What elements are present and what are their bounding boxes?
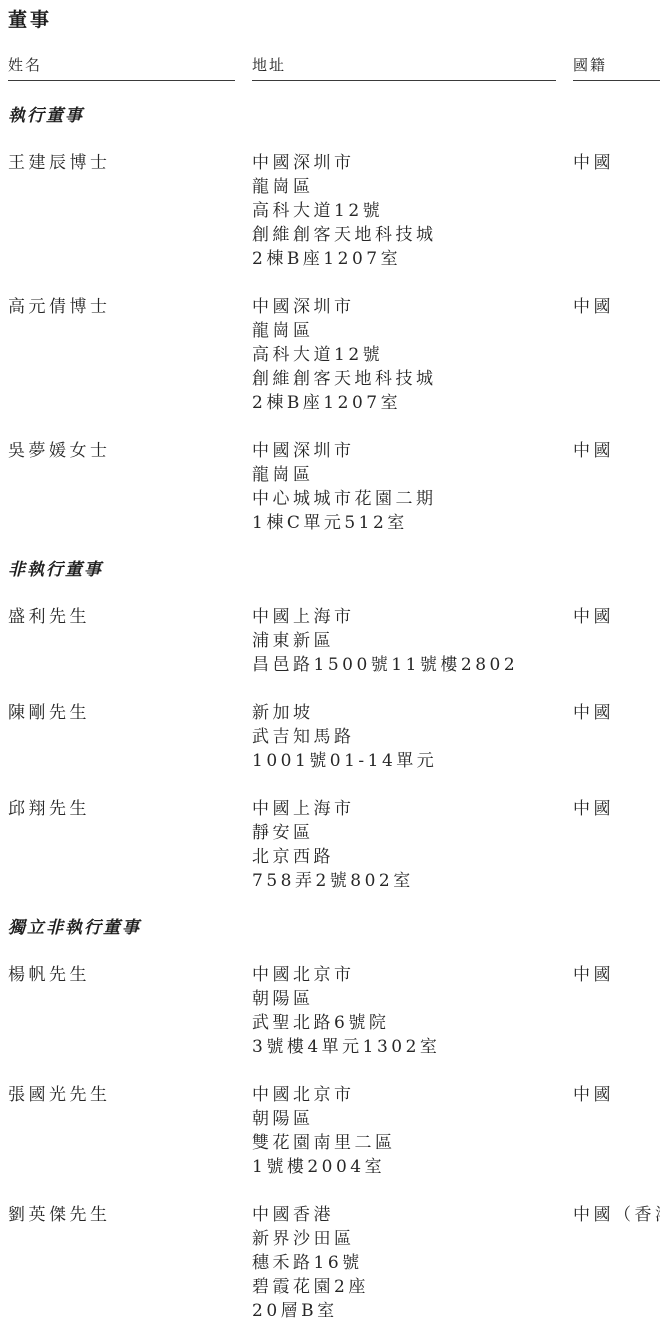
nationality-cell: 中國 bbox=[573, 701, 660, 773]
table-row: 張國光先生 中國北京市 朝陽區 雙花園南里二區 1號樓2004室 中國 bbox=[8, 1083, 660, 1179]
address-line: 龍崗區 bbox=[252, 463, 573, 487]
address-line: 2棟B座1207室 bbox=[252, 391, 573, 415]
address-line: 758弄2號802室 bbox=[252, 869, 573, 893]
address-line: 穗禾路16號 bbox=[252, 1251, 573, 1275]
address-line: 高科大道12號 bbox=[252, 199, 573, 223]
nationality-cell: 中國 bbox=[573, 295, 660, 415]
address-line: 中國上海市 bbox=[252, 605, 573, 629]
table-row: 高元倩博士 中國深圳市 龍崗區 高科大道12號 創維創客天地科技城 2棟B座12… bbox=[8, 295, 660, 415]
name-cell: 楊帆先生 bbox=[8, 963, 252, 1059]
address-line: 龍崗區 bbox=[252, 175, 573, 199]
column-header-nationality: 國籍 bbox=[573, 56, 660, 81]
address-cell: 中國深圳市 龍崗區 高科大道12號 創維創客天地科技城 2棟B座1207室 bbox=[252, 151, 573, 271]
address-line: 中心城城市花園二期 bbox=[252, 487, 573, 511]
nationality-cell: 中國 bbox=[573, 605, 660, 677]
address-cell: 中國上海市 浦東新區 昌邑路1500號11號樓2802 bbox=[252, 605, 573, 677]
address-cell: 中國北京市 朝陽區 雙花園南里二區 1號樓2004室 bbox=[252, 1083, 573, 1179]
nationality-cell: 中國（香港 bbox=[573, 1203, 660, 1323]
address-line: 武聖北路6號院 bbox=[252, 1011, 573, 1035]
name-cell: 陳剛先生 bbox=[8, 701, 252, 773]
name-cell: 吳夢媛女士 bbox=[8, 439, 252, 535]
directors-page: { "page": { "title": "董事", "columns": { … bbox=[0, 0, 660, 1327]
address-line: 新界沙田區 bbox=[252, 1227, 573, 1251]
address-cell: 新加坡 武吉知馬路 1001號01-14單元 bbox=[252, 701, 573, 773]
address-line: 1棟C單元512室 bbox=[252, 511, 573, 535]
column-header-address: 地址 bbox=[252, 56, 556, 81]
address-cell: 中國上海市 靜安區 北京西路 758弄2號802室 bbox=[252, 797, 573, 893]
address-cell: 中國深圳市 龍崗區 中心城城市花園二期 1棟C單元512室 bbox=[252, 439, 573, 535]
address-cell: 中國香港 新界沙田區 穗禾路16號 碧霞花園2座 20層B室 bbox=[252, 1203, 573, 1323]
nationality-cell: 中國 bbox=[573, 797, 660, 893]
address-line: 1001號01-14單元 bbox=[252, 749, 573, 773]
name-cell: 盛利先生 bbox=[8, 605, 252, 677]
table-row: 王建辰博士 中國深圳市 龍崗區 高科大道12號 創維創客天地科技城 2棟B座12… bbox=[8, 151, 660, 271]
nationality-cell: 中國 bbox=[573, 439, 660, 535]
address-cell: 中國北京市 朝陽區 武聖北路6號院 3號樓4單元1302室 bbox=[252, 963, 573, 1059]
address-line: 靜安區 bbox=[252, 821, 573, 845]
table-row: 楊帆先生 中國北京市 朝陽區 武聖北路6號院 3號樓4單元1302室 中國 bbox=[8, 963, 660, 1059]
section-heading: 獨立非執行董事 bbox=[8, 917, 660, 939]
address-line: 朝陽區 bbox=[252, 1107, 573, 1131]
table-row: 陳剛先生 新加坡 武吉知馬路 1001號01-14單元 中國 bbox=[8, 701, 660, 773]
address-line: 中國北京市 bbox=[252, 963, 573, 987]
section-heading: 執行董事 bbox=[8, 105, 660, 127]
address-line: 中國深圳市 bbox=[252, 439, 573, 463]
address-line: 創維創客天地科技城 bbox=[252, 367, 573, 391]
page-title: 董事 bbox=[8, 8, 660, 32]
address-line: 高科大道12號 bbox=[252, 343, 573, 367]
nationality-cell: 中國 bbox=[573, 151, 660, 271]
name-cell: 邱翔先生 bbox=[8, 797, 252, 893]
address-line: 中國深圳市 bbox=[252, 295, 573, 319]
section-independent-non-executive-directors: 獨立非執行董事 楊帆先生 中國北京市 朝陽區 武聖北路6號院 3號樓4單元130… bbox=[8, 917, 660, 1323]
name-cell: 高元倩博士 bbox=[8, 295, 252, 415]
table-row: 邱翔先生 中國上海市 靜安區 北京西路 758弄2號802室 中國 bbox=[8, 797, 660, 893]
nationality-cell: 中國 bbox=[573, 963, 660, 1059]
address-line: 中國深圳市 bbox=[252, 151, 573, 175]
name-cell: 張國光先生 bbox=[8, 1083, 252, 1179]
address-line: 中國北京市 bbox=[252, 1083, 573, 1107]
address-line: 北京西路 bbox=[252, 845, 573, 869]
address-line: 中國上海市 bbox=[252, 797, 573, 821]
address-line: 20層B室 bbox=[252, 1299, 573, 1323]
table-row: 吳夢媛女士 中國深圳市 龍崗區 中心城城市花園二期 1棟C單元512室 中國 bbox=[8, 439, 660, 535]
table-row: 盛利先生 中國上海市 浦東新區 昌邑路1500號11號樓2802 中國 bbox=[8, 605, 660, 677]
nationality-cell: 中國 bbox=[573, 1083, 660, 1179]
address-line: 昌邑路1500號11號樓2802 bbox=[252, 653, 573, 677]
section-executive-directors: 執行董事 王建辰博士 中國深圳市 龍崗區 高科大道12號 創維創客天地科技城 2… bbox=[8, 105, 660, 535]
address-cell: 中國深圳市 龍崗區 高科大道12號 創維創客天地科技城 2棟B座1207室 bbox=[252, 295, 573, 415]
address-line: 新加坡 bbox=[252, 701, 573, 725]
address-line: 碧霞花園2座 bbox=[252, 1275, 573, 1299]
table-row: 劉英傑先生 中國香港 新界沙田區 穗禾路16號 碧霞花園2座 20層B室 中國（… bbox=[8, 1203, 660, 1323]
address-line: 3號樓4單元1302室 bbox=[252, 1035, 573, 1059]
section-heading: 非執行董事 bbox=[8, 559, 660, 581]
address-line: 創維創客天地科技城 bbox=[252, 223, 573, 247]
address-line: 朝陽區 bbox=[252, 987, 573, 1011]
address-line: 1號樓2004室 bbox=[252, 1155, 573, 1179]
address-line: 中國香港 bbox=[252, 1203, 573, 1227]
address-line: 浦東新區 bbox=[252, 629, 573, 653]
name-cell: 王建辰博士 bbox=[8, 151, 252, 271]
address-line: 2棟B座1207室 bbox=[252, 247, 573, 271]
column-header-name: 姓名 bbox=[8, 56, 235, 81]
table-header-row: 姓名 地址 國籍 bbox=[8, 56, 660, 81]
name-cell: 劉英傑先生 bbox=[8, 1203, 252, 1323]
section-non-executive-directors: 非執行董事 盛利先生 中國上海市 浦東新區 昌邑路1500號11號樓2802 中… bbox=[8, 559, 660, 893]
address-line: 武吉知馬路 bbox=[252, 725, 573, 749]
address-line: 雙花園南里二區 bbox=[252, 1131, 573, 1155]
address-line: 龍崗區 bbox=[252, 319, 573, 343]
